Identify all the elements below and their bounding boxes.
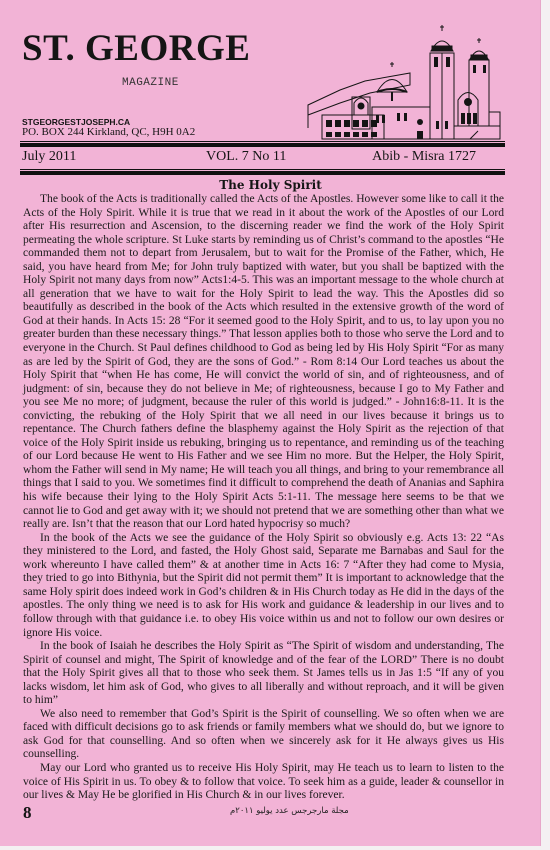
issue-rule: [20, 171, 505, 175]
article-paragraph: In the book of Isaiah he describes the H…: [23, 640, 504, 708]
church-illustration-icon: [300, 15, 505, 140]
issue-rule-thin: [20, 169, 505, 170]
article-paragraph: The book of the Acts is traditionally ca…: [23, 193, 504, 532]
page-number: 8: [23, 803, 32, 823]
masthead-title: ST. GEORGE: [22, 30, 250, 67]
arabic-footer-caption: مجلة مارجرجس عدد يوليو ٢٠١١م: [230, 806, 349, 816]
article-title: The Holy Spirit: [0, 178, 541, 192]
masthead-rule: [20, 143, 505, 147]
masthead-rule-thin: [20, 141, 505, 142]
issue-date: July 2011: [22, 149, 76, 165]
article-body: The book of the Acts is traditionally ca…: [23, 193, 504, 803]
magazine-page: ST. GEORGE MAGAZINE STGEORGESTJOSEPH.CA …: [0, 0, 541, 846]
article-paragraph: In the book of the Acts we see the guida…: [23, 532, 504, 640]
mailing-address: PO. BOX 244 Kirkland, QC, H9H 0A2: [22, 126, 195, 138]
article-paragraph: May our Lord who granted us to receive H…: [23, 762, 504, 803]
article-paragraph: We also need to remember that God’s Spir…: [23, 708, 504, 762]
issue-volume: VOL. 7 No 11: [206, 149, 286, 165]
masthead-subtitle: MAGAZINE: [122, 77, 179, 89]
coptic-date: Abib - Misra 1727: [372, 149, 476, 165]
